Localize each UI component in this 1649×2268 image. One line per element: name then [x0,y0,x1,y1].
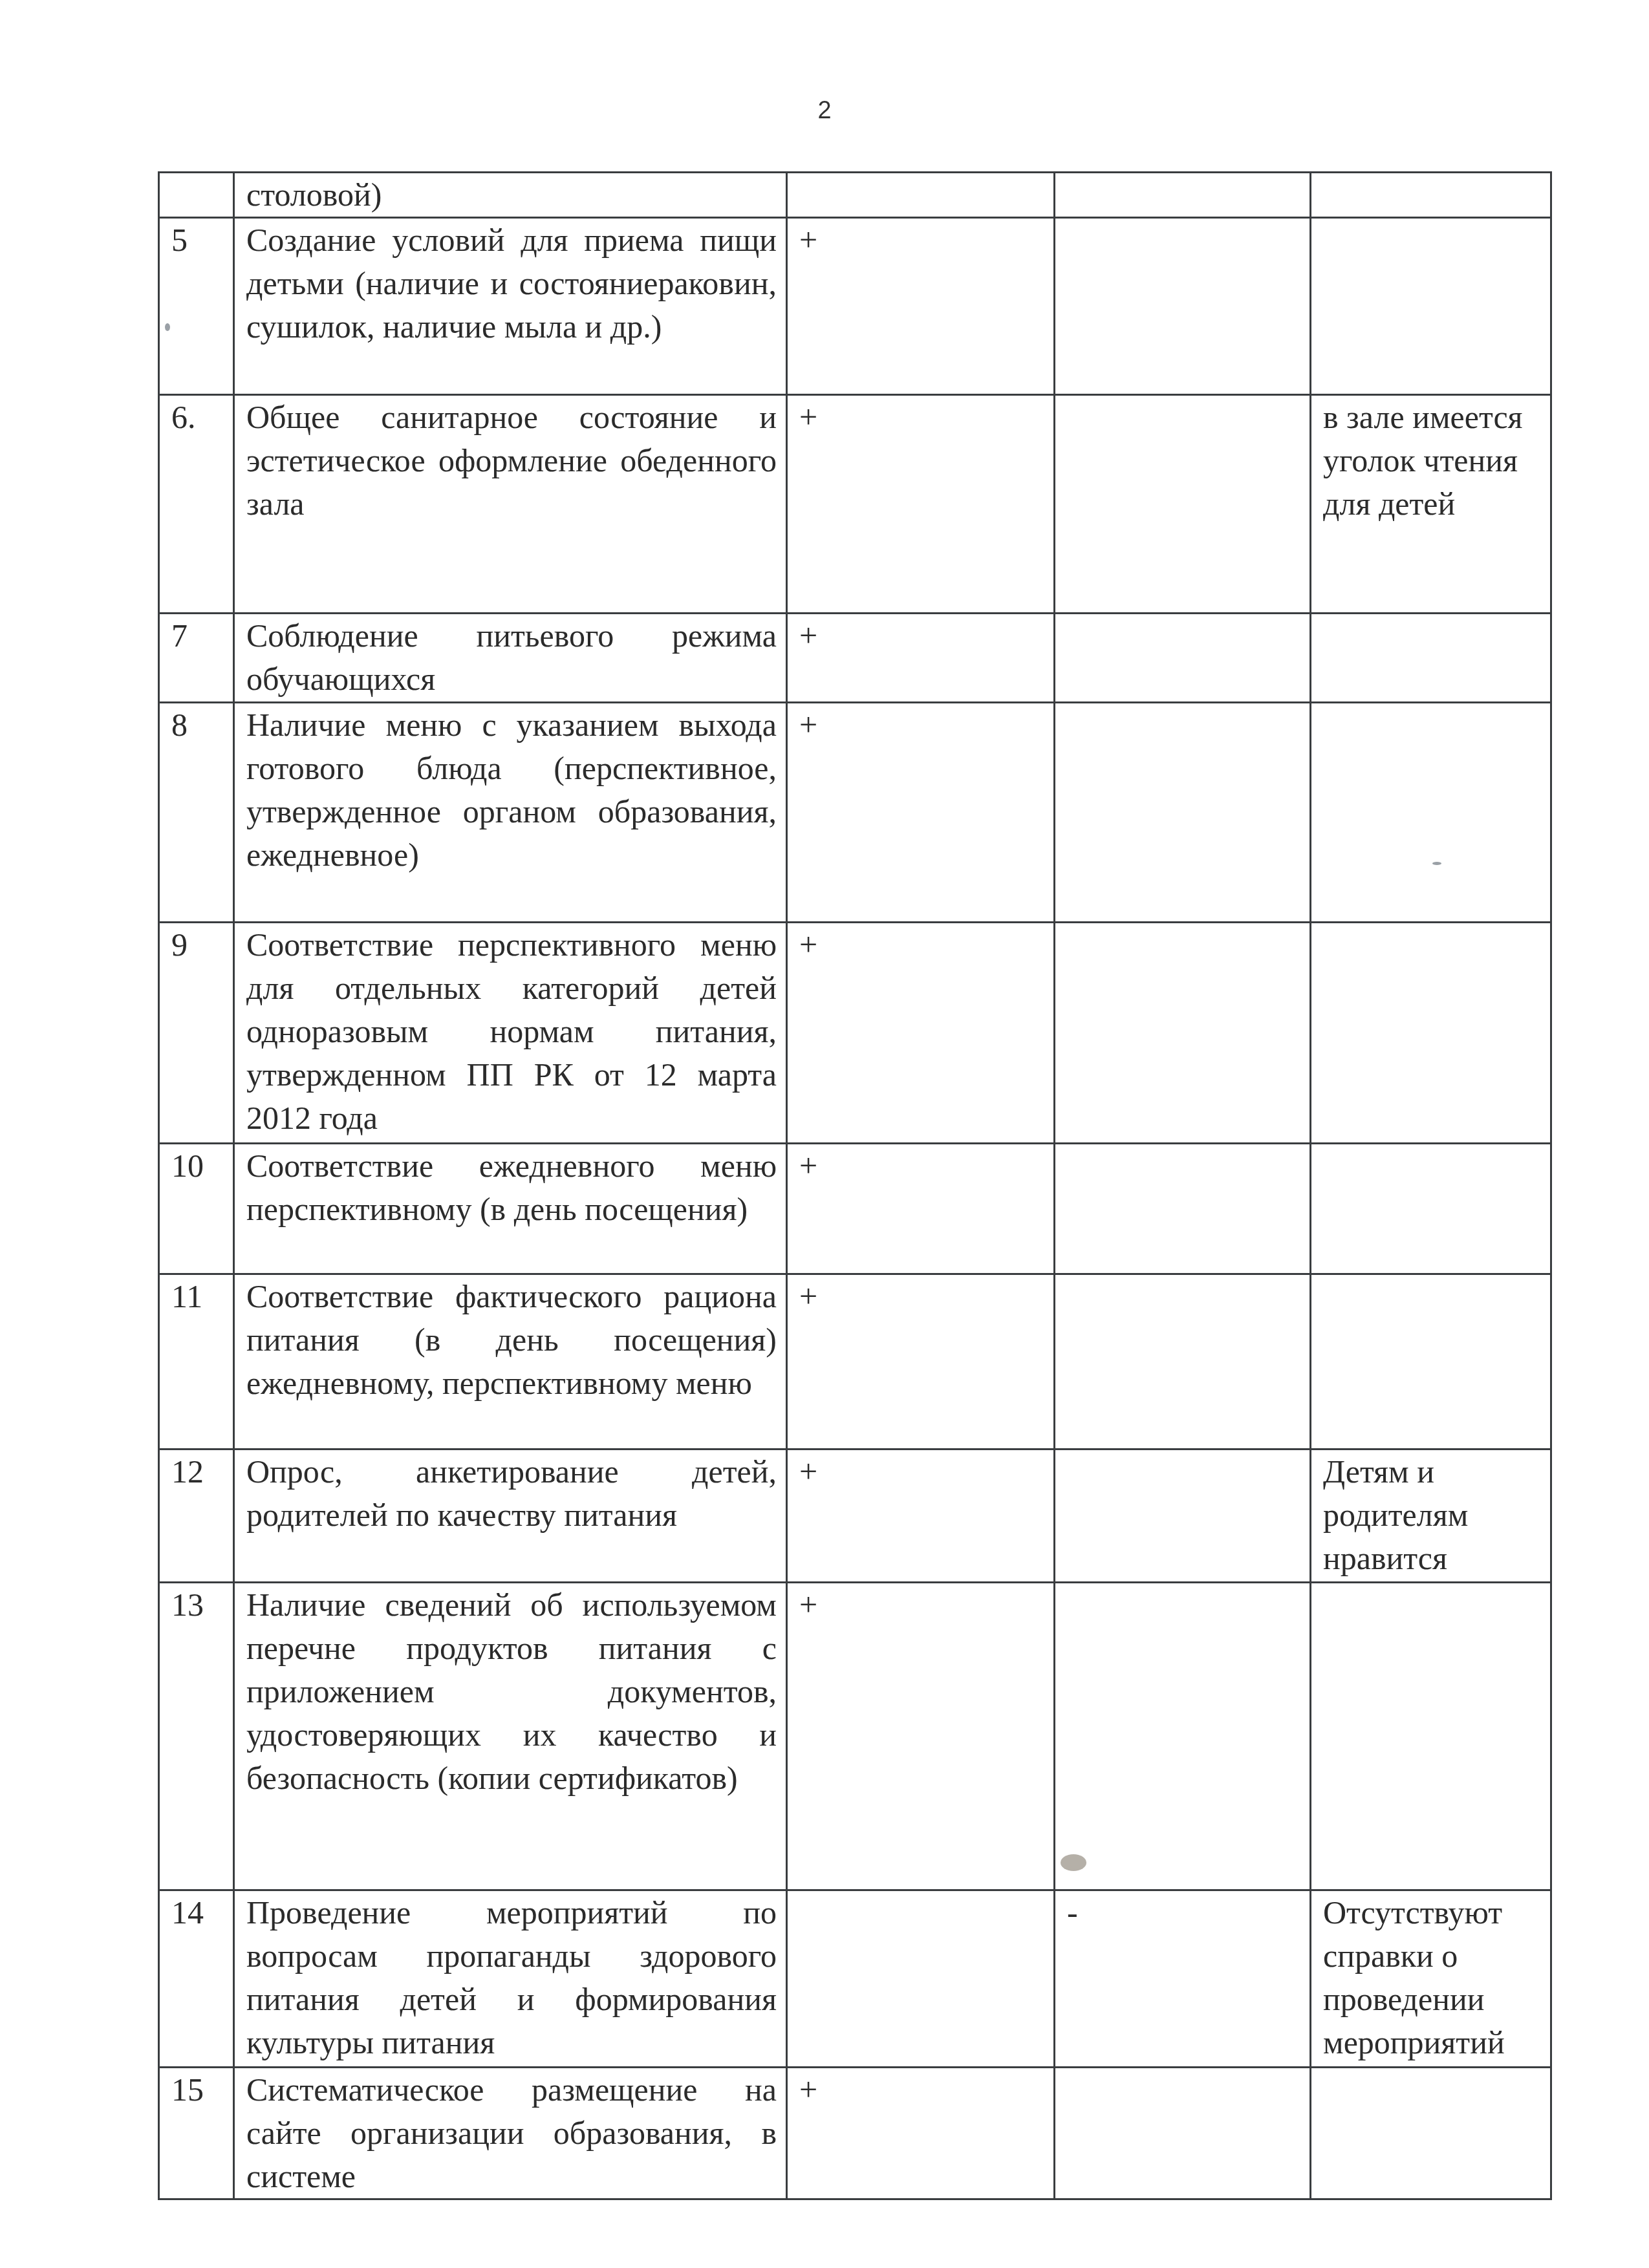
mark-no [1055,2068,1311,2199]
criterion-text: Систематическое размещение на сайте орга… [234,2068,787,2199]
mark-no [1055,173,1311,218]
note [1311,923,1551,1144]
criterion-text: столовой) [234,173,787,218]
mark-yes: + [787,395,1055,614]
scan-speck [1061,1854,1086,1871]
mark-yes: + [787,703,1055,923]
mark-yes: + [787,1450,1055,1583]
inspection-table: столовой) 5 Создание условий для приема … [158,171,1552,2200]
note: Детям и родителям нравится [1311,1450,1551,1583]
note [1311,173,1551,218]
row-number: 7 [159,614,234,703]
mark-yes: + [787,218,1055,395]
mark-yes [787,173,1055,218]
row-number: 14 [159,1890,234,2068]
mark-yes: + [787,1583,1055,1890]
note [1311,1144,1551,1274]
table-row: 8 Наличие меню с указанием выхода готово… [159,703,1551,923]
note: Отсутствуют справки о проведении меропри… [1311,1890,1551,2068]
table-row: 11 Соответствие фактического рациона пит… [159,1274,1551,1450]
table-row: 9 Соответствие перспективного меню для о… [159,923,1551,1144]
table-row: 14 Проведение мероприятий по вопросам пр… [159,1890,1551,2068]
table-row: 15 Систематическое размещение на сайте о… [159,2068,1551,2199]
mark-no [1055,703,1311,923]
mark-no [1055,1144,1311,1274]
mark-no [1055,395,1311,614]
mark-yes: + [787,614,1055,703]
row-number: 12 [159,1450,234,1583]
note [1311,614,1551,703]
row-number: 6. [159,395,234,614]
mark-no: - [1055,1890,1311,2068]
note [1311,1274,1551,1450]
criterion-text: Соответствие ежедневного меню перспектив… [234,1144,787,1274]
row-number: 8 [159,703,234,923]
row-number: 11 [159,1274,234,1450]
mark-yes: + [787,2068,1055,2199]
table-row: 6. Общее санитарное состояние и эстетиче… [159,395,1551,614]
note [1311,1583,1551,1890]
mark-yes [787,1890,1055,2068]
criterion-text: Создание условий для приема пищи детьми … [234,218,787,395]
mark-no [1055,1274,1311,1450]
note [1311,218,1551,395]
mark-yes: + [787,923,1055,1144]
criterion-text: Проведение мероприятий по вопросам пропа… [234,1890,787,2068]
row-number: 10 [159,1144,234,1274]
table-row: 7 Соблюдение питьевого режима обучающихс… [159,614,1551,703]
criterion-text: Соответствие перспективного меню для отд… [234,923,787,1144]
row-number [159,173,234,218]
table-row: 12 Опрос, анкетирование детей, родителей… [159,1450,1551,1583]
row-number: 13 [159,1583,234,1890]
note [1311,2068,1551,2199]
mark-no [1055,923,1311,1144]
page-number: 2 [0,97,1649,125]
row-number: 15 [159,2068,234,2199]
scan-speck [1432,862,1441,865]
row-number: 5 [159,218,234,395]
table-row: столовой) [159,173,1551,218]
mark-no [1055,1450,1311,1583]
note: в зале имеется уголок чтения для детей [1311,395,1551,614]
row-number: 9 [159,923,234,1144]
table-row: 13 Наличие сведений об используемом пере… [159,1583,1551,1890]
scan-speck [165,323,170,331]
criterion-text: Опрос, анкетирование детей, родителей по… [234,1450,787,1583]
table-row: 5 Создание условий для приема пищи детьм… [159,218,1551,395]
table-row: 10 Соответствие ежедневного меню перспек… [159,1144,1551,1274]
criterion-text: Общее санитарное состояние и эстетическо… [234,395,787,614]
criterion-text: Соблюдение питьевого режима обучающихся [234,614,787,703]
criterion-text: Соответствие фактического рациона питани… [234,1274,787,1450]
mark-no [1055,1583,1311,1890]
mark-yes: + [787,1144,1055,1274]
mark-yes: + [787,1274,1055,1450]
criterion-text: Наличие сведений об используемом перечне… [234,1583,787,1890]
criterion-text: Наличие меню с указанием выхода готового… [234,703,787,923]
mark-no [1055,218,1311,395]
note [1311,703,1551,923]
mark-no [1055,614,1311,703]
